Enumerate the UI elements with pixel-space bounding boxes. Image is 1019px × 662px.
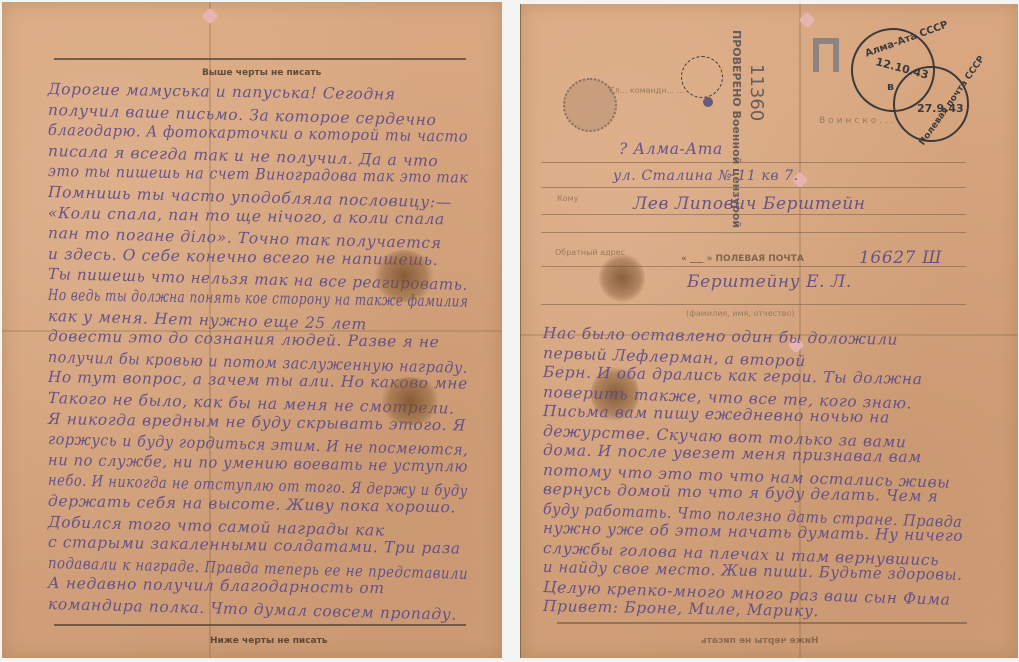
- ink-dot: [703, 97, 713, 107]
- stain: [380, 377, 440, 425]
- paper-mark: [202, 8, 219, 25]
- stain: [599, 254, 645, 302]
- address-street: ул. Сталина № 11 кв 7.: [613, 168, 799, 184]
- handwritten-line: Дорогие мамуська и папуська! Сегодня: [48, 80, 396, 103]
- form-label-field-post: « ___ » ПОЛЕВАЯ ПОЧТА: [681, 254, 804, 264]
- form-line: [541, 162, 966, 163]
- form-line: [541, 232, 966, 233]
- paper-mark: [799, 12, 816, 29]
- top-rule: [54, 58, 466, 60]
- stain: [374, 250, 434, 302]
- letter-page-right: ПРОВЕРЕНО Военной цензурой 11360 Алма-Ат…: [520, 4, 1018, 658]
- handwritten-line: командира полка. Что думал совсем пропад…: [48, 595, 457, 624]
- handwritten-line: Привет: Броне, Миле, Марику.: [543, 597, 819, 620]
- form-label-footer: (фамилия, имя, отчество): [686, 309, 794, 318]
- censor-stamp-number: 11360: [746, 64, 767, 121]
- form-label-military: Воинско...: [819, 116, 897, 126]
- printed-letter-p: [813, 38, 839, 72]
- handwritten-line: А недавно получил благодарность от: [48, 574, 385, 597]
- bottom-printed-label-mirrored: Ниже черты не писать: [701, 636, 819, 646]
- bottom-rule: [54, 624, 466, 626]
- bottom-rule: [557, 622, 967, 624]
- handwritten-line: с старыми закаленными солдатами. Три раз…: [48, 533, 461, 557]
- form-line: [541, 304, 966, 305]
- postmark-field-post: Полевая почта СССР 27.9.43: [893, 66, 969, 142]
- bottom-printed-label: Ниже черты не писать: [210, 636, 328, 646]
- top-printed-label: Выше черты не писать: [202, 68, 321, 78]
- form-line: [541, 214, 966, 215]
- form-line: [541, 187, 966, 188]
- censor-ring-icon: [681, 56, 723, 98]
- form-label-to-whom: Кому: [557, 194, 578, 203]
- form-label-sender: Сл... командн... ...: [609, 86, 684, 95]
- letter-page-left: Выше черты не писать Дорогие мамуська и …: [2, 2, 502, 658]
- address-recipient: Лев Липович Берштейн: [633, 194, 866, 214]
- address-city: ? Алма-Ата: [619, 140, 723, 158]
- sender-name: Берштейну Е. Л.: [687, 272, 852, 292]
- field-post-number: 16627 Ш: [859, 248, 942, 268]
